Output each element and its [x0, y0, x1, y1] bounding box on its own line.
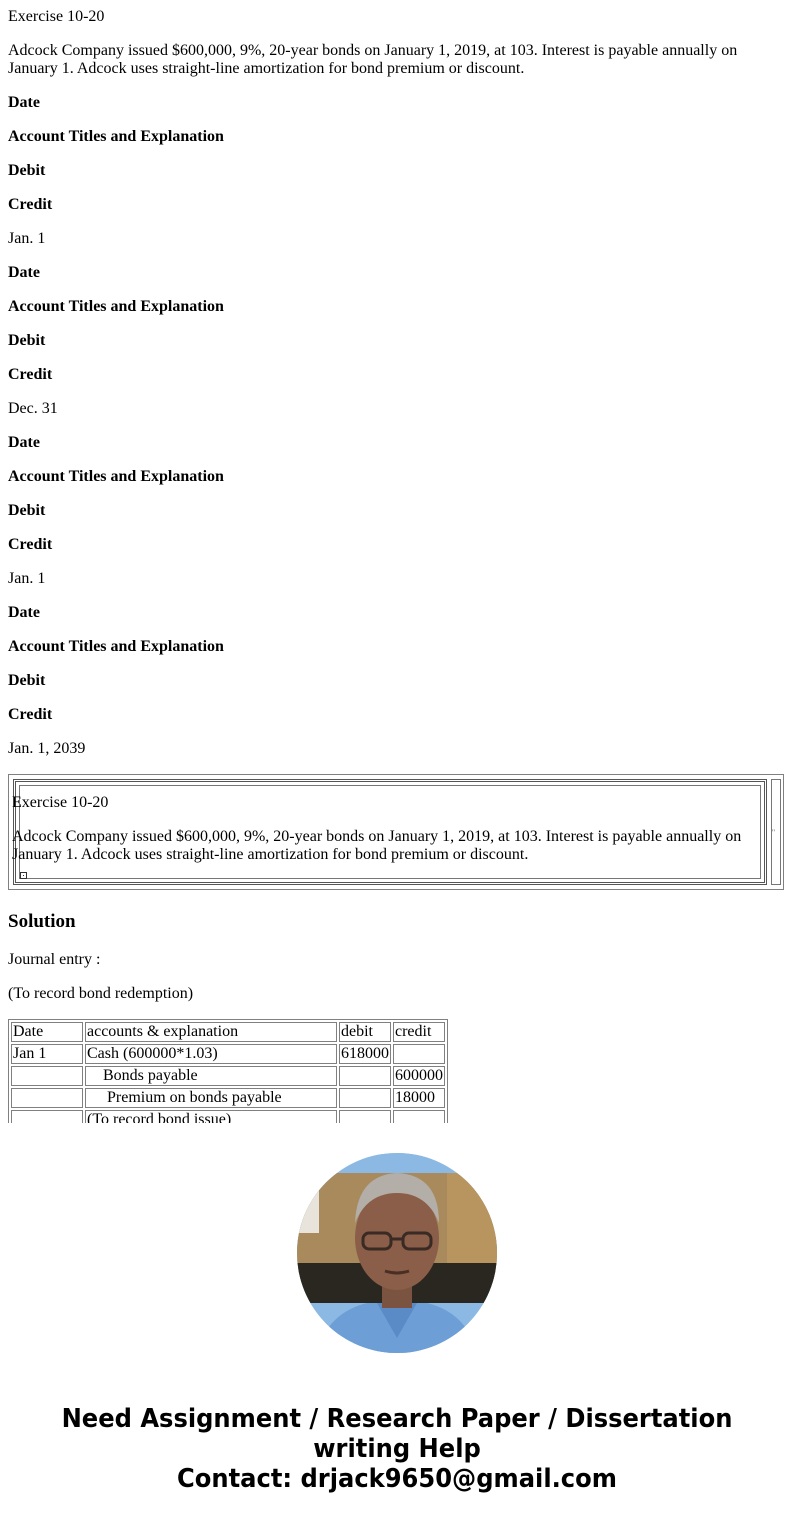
table-row: Bonds payable 600000 [11, 1066, 445, 1086]
exercise-statement: Adcock Company issued $600,000, 9%, 20-y… [8, 42, 768, 78]
header-credit: Credit [8, 366, 52, 384]
header-credit: Credit [8, 196, 52, 214]
cell-date: Jan 1 [11, 1044, 83, 1064]
entry-date: Dec. 31 [8, 400, 58, 418]
journal-table-container: Date accounts & explanation debit credit… [8, 1019, 448, 1123]
promo-banner: Need Assignment / Research Paper / Disse… [28, 1404, 766, 1494]
question-frame-content: Exercise 10-20 Adcock Company issued $60… [12, 794, 752, 864]
header-debit: Debit [8, 162, 45, 180]
journal-table: Date accounts & explanation debit credit… [8, 1019, 448, 1123]
cell-debit [339, 1066, 391, 1086]
cell-credit [393, 1110, 445, 1123]
header-account-titles: Account Titles and Explanation [8, 468, 224, 486]
col-date: Date [11, 1022, 83, 1042]
header-account-titles: Account Titles and Explanation [8, 128, 224, 146]
cell-credit [393, 1044, 445, 1064]
header-date: Date [8, 94, 40, 112]
table-header-row: Date accounts & explanation debit credit [11, 1022, 445, 1042]
cell-debit [339, 1110, 391, 1123]
cell-debit: 618000 [339, 1044, 391, 1064]
scroll-grip-icon: '' [772, 828, 775, 837]
col-debit: debit [339, 1022, 391, 1042]
cell-account: Cash (600000*1.03) [85, 1044, 337, 1064]
header-account-titles: Account Titles and Explanation [8, 638, 224, 656]
header-credit: Credit [8, 706, 52, 724]
exercise-title: Exercise 10-20 [8, 8, 104, 26]
header-account-titles: Account Titles and Explanation [8, 298, 224, 316]
cell-credit: 18000 [393, 1088, 445, 1108]
tutor-avatar [297, 1153, 497, 1353]
expand-toggle-icon[interactable] [20, 872, 27, 879]
promo-contact[interactable]: Contact: drjack9650@gmail.com [28, 1464, 766, 1494]
col-credit: credit [393, 1022, 445, 1042]
promo-line-1: Need Assignment / Research Paper / Disse… [28, 1404, 766, 1434]
cell-date [11, 1110, 83, 1123]
cell-credit: 600000 [393, 1066, 445, 1086]
header-debit: Debit [8, 502, 45, 520]
header-date: Date [8, 264, 40, 282]
promo-line-2: writing Help [28, 1434, 766, 1464]
header-debit: Debit [8, 332, 45, 350]
header-debit: Debit [8, 672, 45, 690]
cell-account: Bonds payable [85, 1066, 337, 1086]
solution-note: (To record bond redemption) [8, 985, 193, 1003]
col-accounts: accounts & explanation [85, 1022, 337, 1042]
cell-account: (To record bond issue) [85, 1110, 337, 1123]
header-date: Date [8, 434, 40, 452]
cell-date [11, 1066, 83, 1086]
cell-debit [339, 1088, 391, 1108]
frame-scrollbar[interactable]: '' [771, 779, 781, 885]
portrait-illustration [297, 1153, 497, 1353]
framed-title: Exercise 10-20 [12, 794, 752, 812]
solution-heading: Solution [8, 911, 76, 933]
entry-date: Jan. 1 [8, 570, 45, 588]
cell-date [11, 1088, 83, 1108]
header-date: Date [8, 604, 40, 622]
cell-account: Premium on bonds payable [85, 1088, 337, 1108]
table-row: Jan 1 Cash (600000*1.03) 618000 [11, 1044, 445, 1064]
entry-date: Jan. 1 [8, 230, 45, 248]
table-row: Premium on bonds payable 18000 [11, 1088, 445, 1108]
table-row: (To record bond issue) [11, 1110, 445, 1123]
framed-statement: Adcock Company issued $600,000, 9%, 20-y… [12, 828, 752, 864]
solution-intro: Journal entry : [8, 951, 100, 969]
header-credit: Credit [8, 536, 52, 554]
entry-date: Jan. 1, 2039 [8, 740, 85, 758]
